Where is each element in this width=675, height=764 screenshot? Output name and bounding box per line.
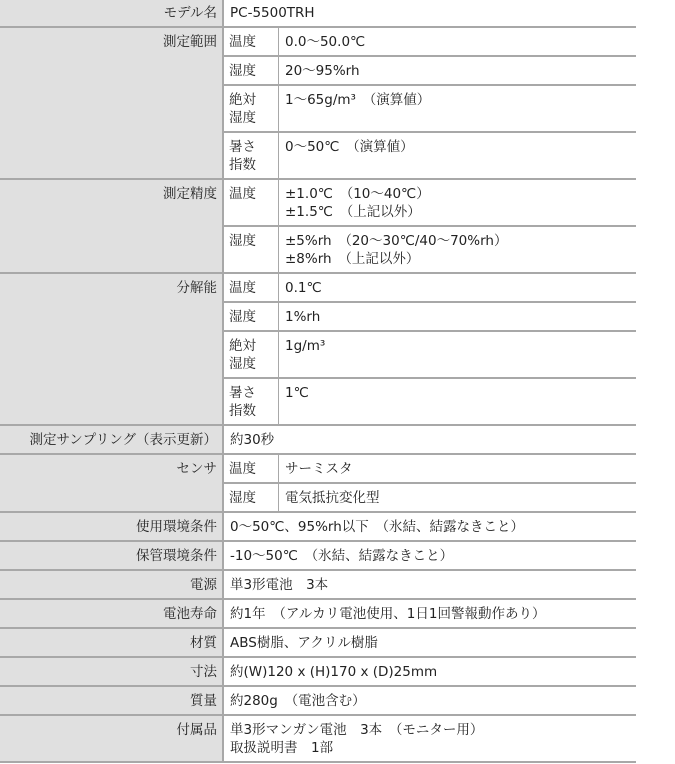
row-operating-env: 使用環境条件 0〜50℃、95%rh以下 （氷結、結露なきこと） (0, 512, 636, 541)
label-sensor: センサ (0, 454, 223, 512)
sub-label: 湿度 (223, 56, 279, 85)
row-accuracy-temp: 測定精度 温度 ±1.0℃ （10〜40℃）±1.5℃ （上記以外） (0, 179, 636, 226)
row-weight: 質量 約280g （電池含む） (0, 686, 636, 715)
row-model: モデル名 PC-5500TRH (0, 0, 636, 27)
value-cell: 1%rh (279, 302, 637, 331)
value-sampling: 約30秒 (223, 425, 636, 454)
label-dimensions: 寸法 (0, 657, 223, 686)
value-accessories: 単3形マンガン電池 3本 （モニター用）取扱説明書 1部 (223, 715, 636, 762)
label-accessories: 付属品 (0, 715, 223, 762)
label-power: 電源 (0, 570, 223, 599)
sub-label: 温度 (223, 273, 279, 302)
label-measurement-range: 測定範囲 (0, 27, 223, 179)
value-cell: 1℃ (279, 378, 637, 425)
row-dimensions: 寸法 約(W)120 x (H)170 x (D)25mm (0, 657, 636, 686)
value-cell: 0〜50℃ （演算値） (279, 132, 637, 179)
value-battery-life: 約1年 （アルカリ電池使用、1日1回警報動作あり） (223, 599, 636, 628)
value-cell: 1g/m³ (279, 331, 637, 378)
label-sampling: 測定サンプリング（表示更新） (0, 425, 223, 454)
label-model: モデル名 (0, 0, 223, 27)
label-accuracy: 測定精度 (0, 179, 223, 273)
row-range-temp: 測定範囲 温度 0.0〜50.0℃ (0, 27, 636, 56)
value-weight: 約280g （電池含む） (223, 686, 636, 715)
row-storage-env: 保管環境条件 -10〜50℃ （氷結、結露なきこと） (0, 541, 636, 570)
label-battery-life: 電池寿命 (0, 599, 223, 628)
sub-label: 温度 (223, 179, 279, 226)
value-power: 単3形電池 3本 (223, 570, 636, 599)
sub-label: 湿度 (223, 226, 279, 273)
row-accessories: 付属品 単3形マンガン電池 3本 （モニター用）取扱説明書 1部 (0, 715, 636, 762)
value-cell: ±1.0℃ （10〜40℃）±1.5℃ （上記以外） (279, 179, 637, 226)
label-weight: 質量 (0, 686, 223, 715)
value-dimensions: 約(W)120 x (H)170 x (D)25mm (223, 657, 636, 686)
sub-label: 暑さ指数 (223, 378, 279, 425)
sub-label: 絶対湿度 (223, 85, 279, 132)
sub-label: 湿度 (223, 302, 279, 331)
sub-label: 温度 (223, 27, 279, 56)
label-material: 材質 (0, 628, 223, 657)
value-cell: 電気抵抗変化型 (279, 483, 637, 512)
value-cell: ±5%rh （20〜30℃/40〜70%rh）±8%rh （上記以外） (279, 226, 637, 273)
label-storage-env: 保管環境条件 (0, 541, 223, 570)
sub-label: 温度 (223, 454, 279, 483)
label-operating-env: 使用環境条件 (0, 512, 223, 541)
value-operating-env: 0〜50℃、95%rh以下 （氷結、結露なきこと） (223, 512, 636, 541)
value-model: PC-5500TRH (223, 0, 636, 27)
spec-table: モデル名 PC-5500TRH 測定範囲 温度 0.0〜50.0℃ 湿度 20〜… (0, 0, 636, 763)
row-power: 電源 単3形電池 3本 (0, 570, 636, 599)
value-cell: 20〜95%rh (279, 56, 637, 85)
label-resolution: 分解能 (0, 273, 223, 425)
row-sensor-temp: センサ 温度 サーミスタ (0, 454, 636, 483)
sub-label: 湿度 (223, 483, 279, 512)
value-cell: 1〜65g/m³ （演算値） (279, 85, 637, 132)
value-storage-env: -10〜50℃ （氷結、結露なきこと） (223, 541, 636, 570)
row-battery-life: 電池寿命 約1年 （アルカリ電池使用、1日1回警報動作あり） (0, 599, 636, 628)
sub-label: 暑さ指数 (223, 132, 279, 179)
value-cell: 0.0〜50.0℃ (279, 27, 637, 56)
value-material: ABS樹脂、アクリル樹脂 (223, 628, 636, 657)
value-cell: サーミスタ (279, 454, 637, 483)
sub-label: 絶対湿度 (223, 331, 279, 378)
row-resolution-temp: 分解能 温度 0.1℃ (0, 273, 636, 302)
value-cell: 0.1℃ (279, 273, 637, 302)
row-material: 材質 ABS樹脂、アクリル樹脂 (0, 628, 636, 657)
row-sampling: 測定サンプリング（表示更新） 約30秒 (0, 425, 636, 454)
